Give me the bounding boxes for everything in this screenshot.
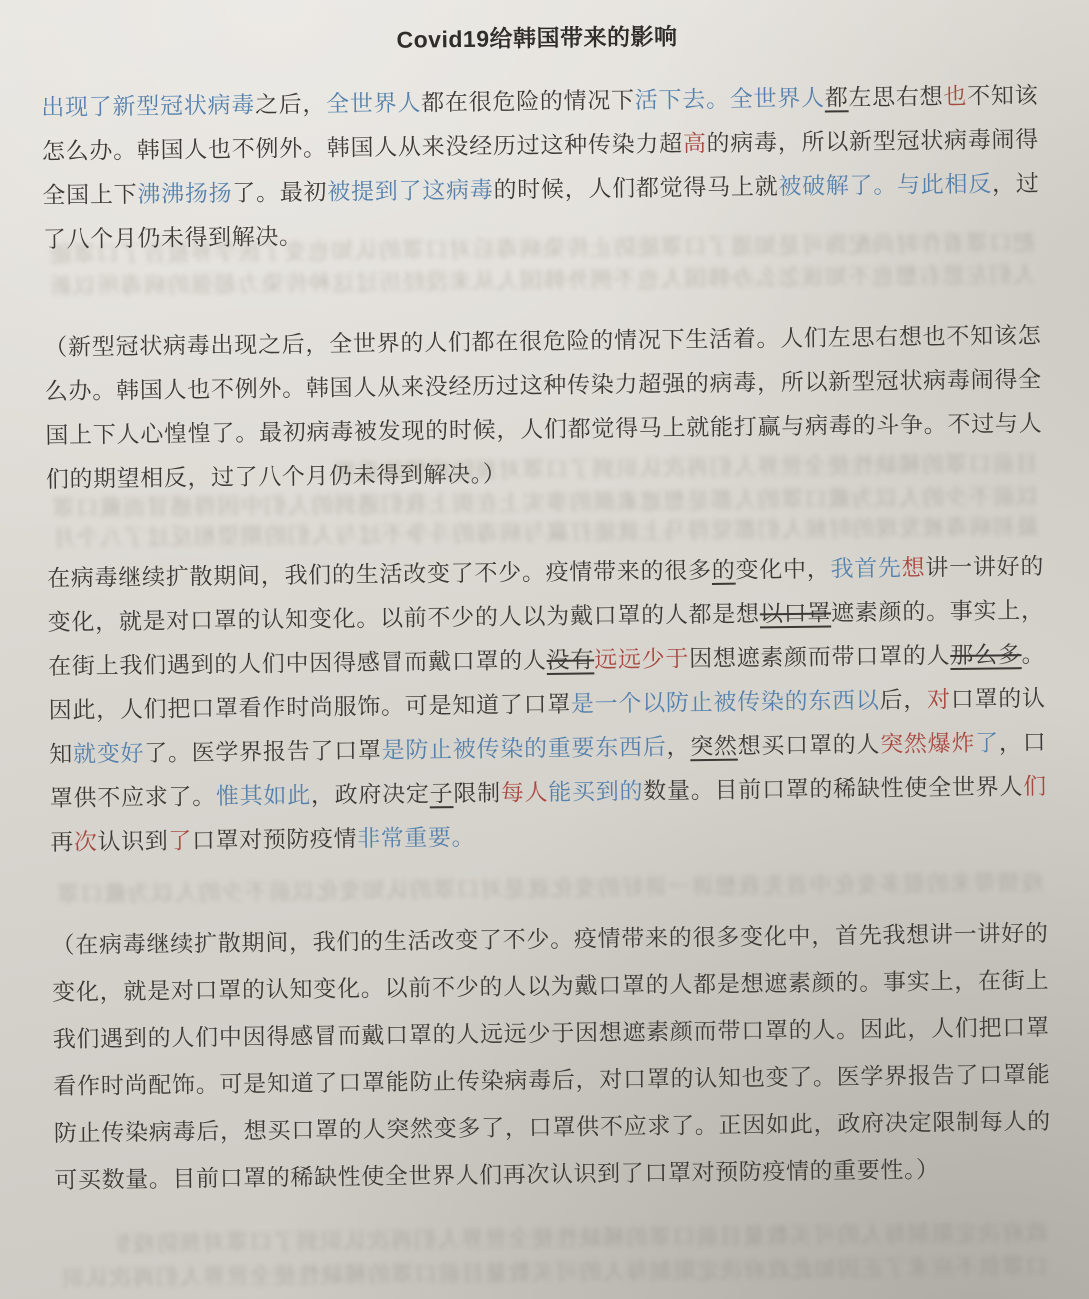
text-run: 突然 bbox=[690, 733, 738, 760]
text-run: 全世界人 bbox=[326, 89, 421, 116]
text-run: ， bbox=[666, 733, 690, 759]
text-run: 对 bbox=[927, 686, 951, 712]
revised-paragraph-1: （新型冠状病毒出现之后，全世界的人们都在很危险的情况下生活着。人们左思右想也不知… bbox=[44, 313, 1043, 501]
text-run: （在病毒继续扩散期间，我们的生活改变了不少。疫情带来的很多变化中，首先我想讲一讲… bbox=[51, 920, 1051, 1193]
text-run: 是防止被传染的重要东西后 bbox=[381, 734, 666, 763]
document-page: Covid19给韩国带来的影响 出现了新型冠状病毒之后，全世界人都在很危险的情况… bbox=[0, 0, 1089, 1299]
text-run: 出现了新型冠状病毒 bbox=[41, 91, 255, 120]
text-run: 口罩对预防疫情 bbox=[192, 825, 358, 853]
text-run: 因想遮素颜而带口罩的人 bbox=[689, 642, 950, 671]
text-run: 突然爆炸 bbox=[880, 730, 975, 757]
draft-paragraph-2: 在病毒继续扩散期间，我们的生活改变了不少。疫情带来的很多的变化中，我首先想讲一讲… bbox=[47, 544, 1048, 864]
text-run: 我首先 bbox=[830, 555, 902, 582]
text-run: 全世界人 bbox=[730, 85, 825, 112]
text-run: 活下去。 bbox=[635, 86, 730, 113]
text-run: 以口罩 bbox=[760, 599, 832, 626]
text-run: 惟其如此 bbox=[216, 782, 311, 809]
text-run: 想 bbox=[902, 554, 926, 580]
text-run: 限制 bbox=[453, 780, 501, 807]
text-run: 都 bbox=[825, 84, 849, 110]
text-run: ，政府决定 bbox=[311, 780, 430, 807]
document-body: 出现了新型冠状病毒之后，全世界人都在很危险的情况下活下去。全世界人都左思右想也不… bbox=[0, 72, 1089, 1204]
text-run: 非常重要。 bbox=[357, 824, 475, 851]
text-run: 没有 bbox=[547, 646, 595, 673]
text-run: 就变好 bbox=[73, 740, 145, 767]
text-run: 远远少于 bbox=[594, 645, 689, 672]
text-run: 了 bbox=[168, 827, 192, 853]
text-run: 都在很危险的情况下 bbox=[421, 87, 635, 116]
text-run: 在病毒继续扩散期间，我们的生活改变了不少。疫情带来的很多 bbox=[47, 557, 712, 591]
document-title: Covid19给韩国带来的影响 bbox=[0, 0, 1082, 60]
revised-paragraph-2: （在病毒继续扩散期间，我们的生活改变了不少。疫情带来的很多变化中，首先我想讲一讲… bbox=[51, 910, 1051, 1204]
text-run: 高 bbox=[683, 130, 707, 156]
text-run: 了。医学界报告了口罩 bbox=[144, 737, 382, 766]
text-run: 也 bbox=[943, 83, 967, 109]
text-run: 次 bbox=[74, 828, 98, 854]
text-run: 了 bbox=[975, 729, 999, 755]
bleed-through-smudge: 口罩供不应求了正因如此政府决定限制每人的可买数量目前口罩的稀缺性使全世界人们再次… bbox=[62, 1250, 1047, 1293]
text-run: 变化中， bbox=[735, 556, 830, 583]
text-run: 每人 bbox=[501, 779, 549, 806]
text-run: 是一个以防止被传染的东西以 bbox=[571, 687, 880, 717]
text-run: 的时候，人们都觉得马上就 bbox=[493, 173, 778, 202]
text-run: 了。最初 bbox=[232, 179, 327, 206]
text-run: 沸沸扬扬 bbox=[137, 180, 232, 207]
bleed-through-smudge: 政府决定限制每人的可买数量目前口罩的稀缺性使全世界人们再次认识到了口罩对预防疫情… bbox=[117, 1216, 1047, 1258]
text-run: 能买到的 bbox=[548, 778, 643, 805]
draft-paragraph-1: 出现了新型冠状病毒之后，全世界人都在很危险的情况下活下去。全世界人都左思右想也不… bbox=[41, 73, 1040, 261]
text-run: 后， bbox=[879, 686, 927, 713]
text-run: 再 bbox=[50, 829, 74, 855]
text-run: 的 bbox=[712, 557, 736, 583]
text-run: 数量。目前口罩的稀缺性使全世界人 bbox=[643, 773, 1023, 804]
text-run: 左思右想 bbox=[848, 83, 943, 110]
text-run: 认识到 bbox=[97, 828, 168, 855]
text-run: 被提到了这病毒 bbox=[327, 177, 493, 205]
text-run: 们 bbox=[1023, 773, 1047, 799]
text-run: （新型冠状病毒出现之后，全世界的人们都在很危险的情况下生活着。人们左思右想也不知… bbox=[44, 322, 1042, 492]
text-run: 被破解了。与此相反 bbox=[778, 170, 992, 199]
text-run: 之后， bbox=[255, 91, 327, 118]
text-run: 想买口罩的人 bbox=[738, 731, 881, 759]
text-run: 那么多 bbox=[950, 641, 1022, 668]
text-run: 子 bbox=[429, 780, 453, 806]
